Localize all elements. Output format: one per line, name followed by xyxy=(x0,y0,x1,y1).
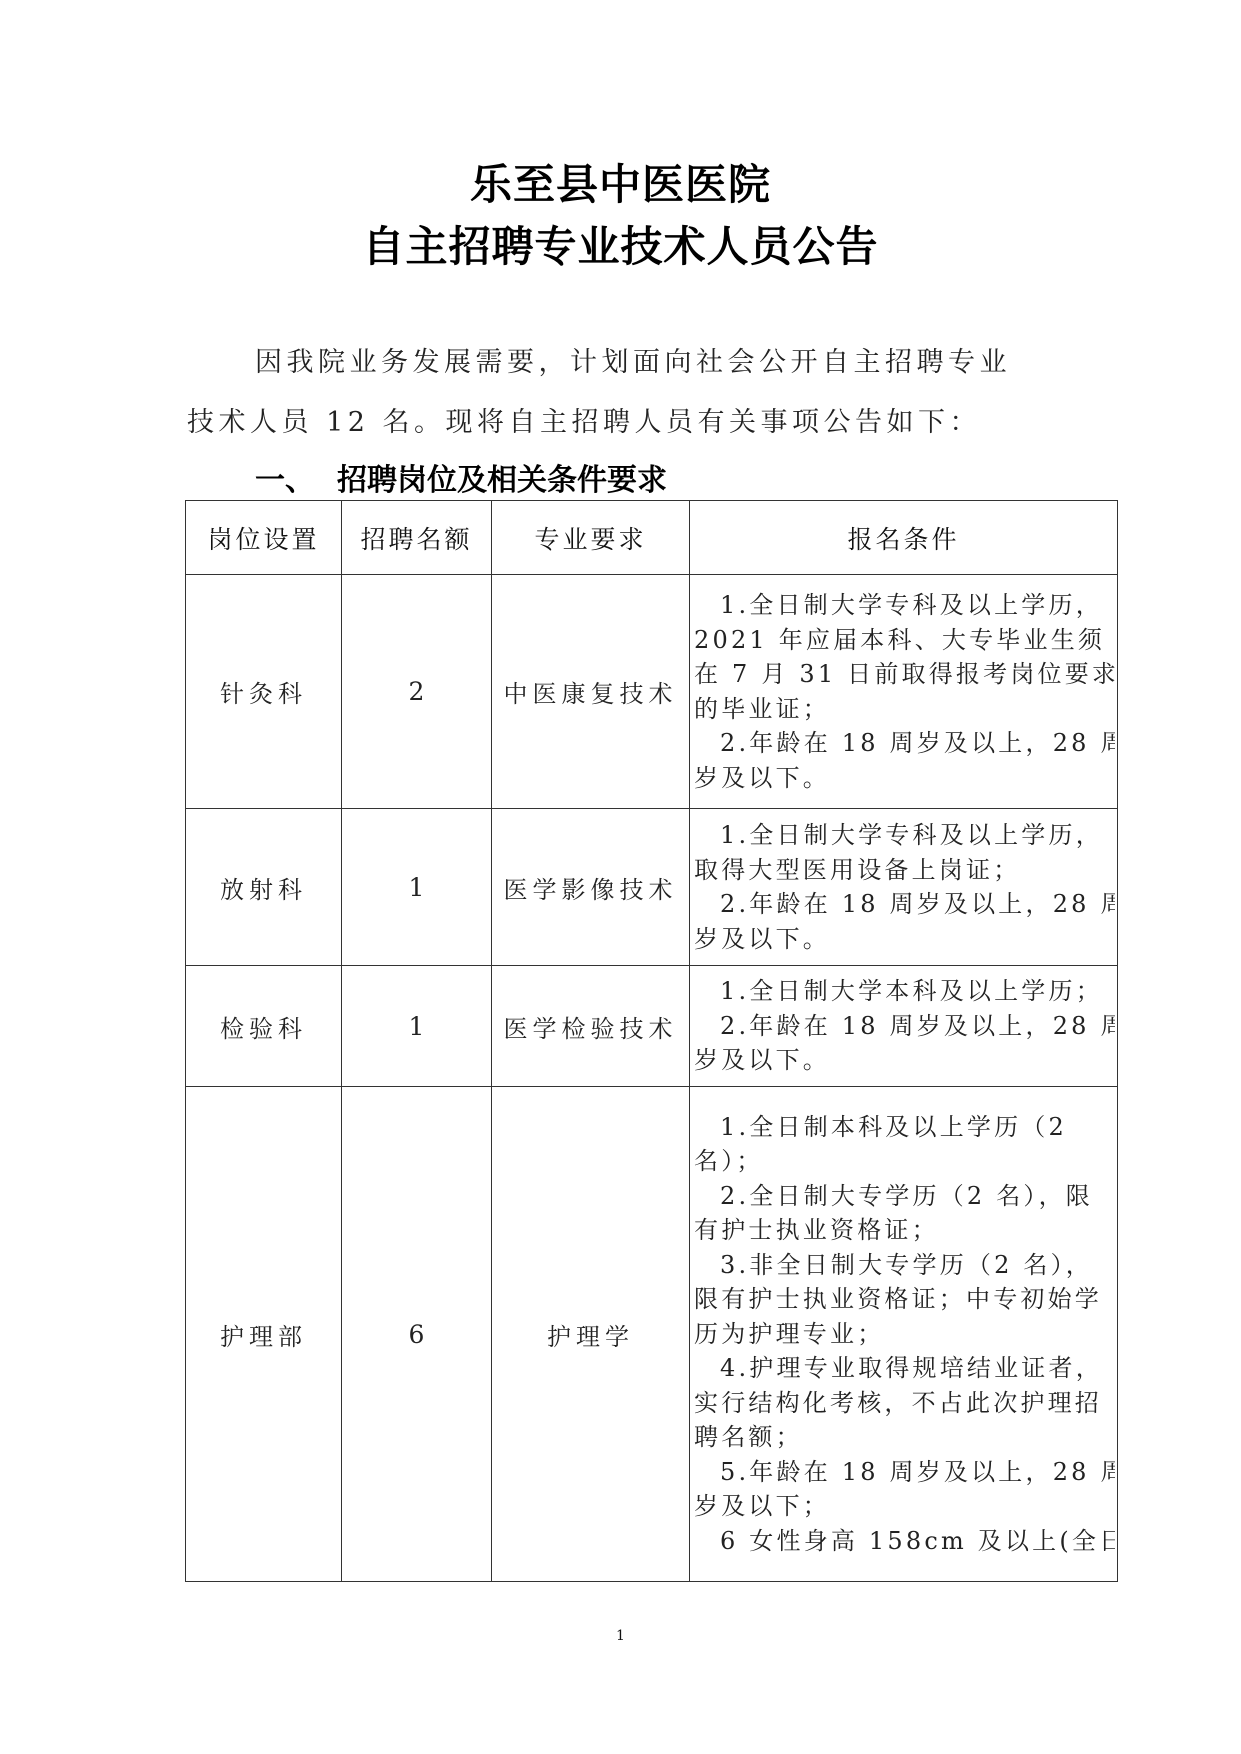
cell-position: 检验科 xyxy=(186,966,342,1087)
condition-line: 1.全日制本科及以上学历（2 xyxy=(694,1110,1115,1145)
condition-line: 6 女性身高 158cm 及以上(全日 xyxy=(694,1524,1115,1559)
condition-line: 5.年龄在 18 周岁及以上，28 周 xyxy=(694,1455,1115,1490)
header-major: 专业要求 xyxy=(492,501,690,575)
table-row: 放射科1医学影像技术1.全日制大学专科及以上学历，取得大型医用设备上岗证；2.年… xyxy=(186,809,1118,966)
condition-line: 4.护理专业取得规培结业证者， xyxy=(694,1351,1115,1386)
condition-line: 取得大型医用设备上岗证； xyxy=(694,853,1115,888)
condition-line: 1.全日制大学本科及以上学历； xyxy=(694,974,1115,1009)
condition-line: 1.全日制大学专科及以上学历， xyxy=(694,818,1115,853)
condition-line: 2.年龄在 18 周岁及以上，28 周 xyxy=(694,726,1115,761)
condition-line: 3.非全日制大专学历（2 名）， xyxy=(694,1248,1115,1283)
condition-line: 实行结构化考核，不占此次护理招 xyxy=(694,1386,1115,1421)
cell-major: 医学影像技术 xyxy=(492,809,690,966)
cell-position: 针灸科 xyxy=(186,575,342,809)
condition-line: 聘名额； xyxy=(694,1420,1115,1455)
cell-position: 护理部 xyxy=(186,1087,342,1582)
intro-paragraph-line1: 因我院业务发展需要，计划面向社会公开自主招聘专业 xyxy=(255,340,1011,379)
table-row: 护理部6护理学1.全日制本科及以上学历（2名）；2.全日制大专学历（2 名），限… xyxy=(186,1087,1118,1582)
table-row: 检验科1医学检验技术1.全日制大学本科及以上学历；2.年龄在 18 周岁及以上，… xyxy=(186,966,1118,1087)
condition-line: 限有护士执业资格证；中专初始学 xyxy=(694,1282,1115,1317)
condition-line: 岁及以下； xyxy=(694,1489,1115,1524)
intro-paragraph-line2: 技术人员 12 名。现将自主招聘人员有关事项公告如下： xyxy=(187,400,981,439)
cell-position: 放射科 xyxy=(186,809,342,966)
document-title-line1: 乐至县中医医院 xyxy=(0,152,1241,212)
cell-quota: 1 xyxy=(342,809,492,966)
cell-conditions: 1.全日制大学专科及以上学历，2021 年应届本科、大专毕业生须在 7 月 31… xyxy=(690,575,1118,809)
condition-line: 岁及以下。 xyxy=(694,761,1115,796)
condition-line: 2021 年应届本科、大专毕业生须 xyxy=(694,623,1115,658)
condition-line: 2.全日制大专学历（2 名），限 xyxy=(694,1179,1115,1214)
condition-line: 历为护理专业； xyxy=(694,1317,1115,1352)
condition-line: 的毕业证； xyxy=(694,692,1115,727)
cell-quota: 1 xyxy=(342,966,492,1087)
table-header-row: 岗位设置 招聘名额 专业要求 报名条件 xyxy=(186,501,1118,575)
condition-line: 1.全日制大学专科及以上学历， xyxy=(694,588,1115,623)
table-row: 针灸科2中医康复技术1.全日制大学专科及以上学历，2021 年应届本科、大专毕业… xyxy=(186,575,1118,809)
cell-conditions: 1.全日制大学专科及以上学历，取得大型医用设备上岗证；2.年龄在 18 周岁及以… xyxy=(690,809,1118,966)
recruitment-table: 岗位设置 招聘名额 专业要求 报名条件 针灸科2中医康复技术1.全日制大学专科及… xyxy=(185,500,1118,1582)
condition-line: 有护士执业资格证； xyxy=(694,1213,1115,1248)
cell-major: 中医康复技术 xyxy=(492,575,690,809)
cell-conditions: 1.全日制大学本科及以上学历；2.年龄在 18 周岁及以上，28 周岁及以下。 xyxy=(690,966,1118,1087)
condition-line: 在 7 月 31 日前取得报考岗位要求 xyxy=(694,657,1115,692)
header-conditions: 报名条件 xyxy=(690,501,1118,575)
cell-major: 护理学 xyxy=(492,1087,690,1582)
header-position: 岗位设置 xyxy=(186,501,342,575)
cell-quota: 6 xyxy=(342,1087,492,1582)
page-number: 1 xyxy=(0,1628,1241,1644)
section-heading: 一、招聘岗位及相关条件要求 xyxy=(255,455,667,499)
condition-line: 2.年龄在 18 周岁及以上，28 周 xyxy=(694,887,1115,922)
section-title: 招聘岗位及相关条件要求 xyxy=(337,463,667,498)
section-number: 一、 xyxy=(255,463,315,498)
document-title-line2: 自主招聘专业技术人员公告 xyxy=(0,214,1241,274)
cell-major: 医学检验技术 xyxy=(492,966,690,1087)
cell-quota: 2 xyxy=(342,575,492,809)
header-quota: 招聘名额 xyxy=(342,501,492,575)
condition-line: 2.年龄在 18 周岁及以上，28 周 xyxy=(694,1009,1115,1044)
condition-line: 名）； xyxy=(694,1144,1115,1179)
condition-line: 岁及以下。 xyxy=(694,922,1115,957)
cell-conditions: 1.全日制本科及以上学历（2名）；2.全日制大专学历（2 名），限有护士执业资格… xyxy=(690,1087,1118,1582)
condition-line: 岁及以下。 xyxy=(694,1043,1115,1078)
